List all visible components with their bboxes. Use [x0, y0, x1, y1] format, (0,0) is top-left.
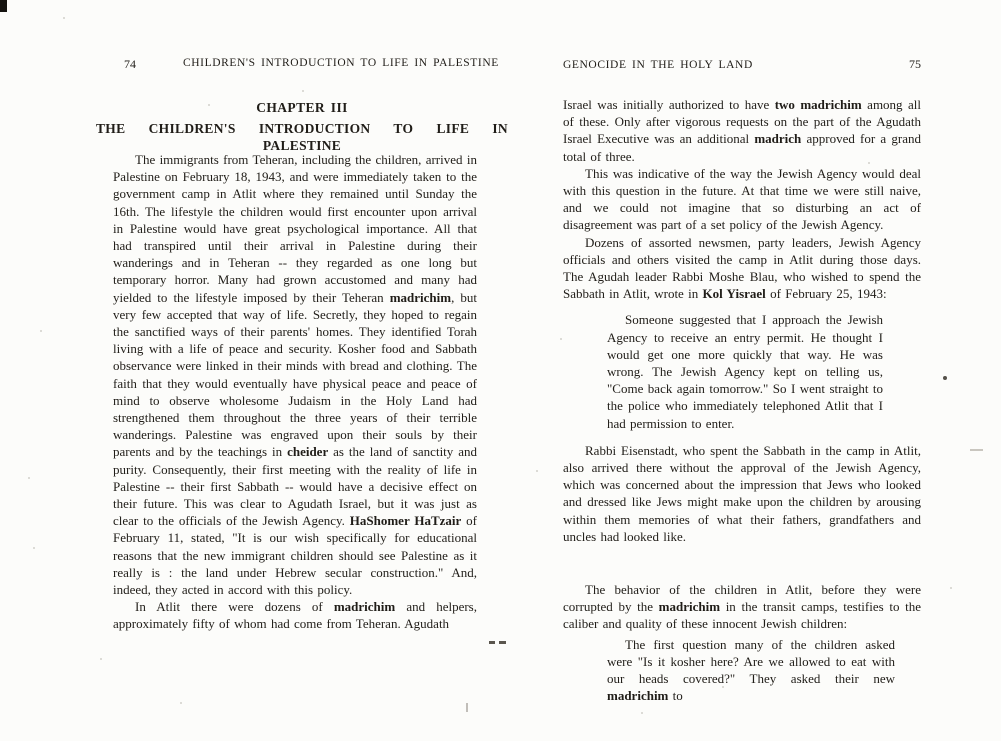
scan-speckle	[560, 338, 562, 340]
scan-speckle	[950, 587, 952, 589]
text-run: , but very few accepted that way of life…	[113, 290, 477, 460]
paragraph: The immigrants from Teheran, including t…	[113, 151, 477, 598]
scan-corner-mark	[0, 0, 7, 12]
book-scan-spread: 74 CHILDREN'S INTRODUCTION TO LIFE IN PA…	[0, 0, 1001, 741]
right-running-head: GENOCIDE IN THE HOLY LAND	[563, 59, 753, 71]
scan-stroke-artifact	[466, 703, 468, 712]
paragraph: Israel was initially authorized to have …	[563, 96, 921, 165]
chapter-label: CHAPTER III	[96, 99, 508, 116]
scan-speckle	[63, 17, 65, 19]
text-run: Rabbi Eisenstadt, who spent the Sabbath …	[563, 443, 921, 544]
paragraph: Dozens of assorted newsmen, party leader…	[563, 234, 921, 303]
left-page-number: 74	[124, 57, 136, 72]
text-run: of February 25, 1943:	[766, 286, 887, 301]
bold-term: madrichim	[334, 599, 395, 614]
left-page-body: The immigrants from Teheran, including t…	[113, 151, 477, 633]
margin-dot-artifact	[943, 376, 947, 380]
text-run: The first question many of the children …	[607, 637, 895, 686]
scan-speckle	[641, 712, 643, 714]
scan-speckle	[208, 104, 210, 106]
paragraph: The behavior of the children in Atlit, b…	[563, 581, 921, 633]
scan-speckle	[868, 162, 870, 164]
bold-term: madrichim	[659, 599, 720, 614]
scan-speckle	[28, 477, 30, 479]
scan-speckle	[33, 547, 35, 549]
scan-speckle	[180, 702, 182, 704]
text-run: Israel was initially authorized to have	[563, 97, 775, 112]
bold-term: HaShomer HaTzair	[350, 513, 462, 528]
chapter-heading: CHAPTER III THE CHILDREN'S INTRODUCTION …	[96, 99, 508, 154]
right-page-number: 75	[909, 57, 921, 72]
scan-speckle	[100, 658, 102, 660]
bold-term: two madrichim	[775, 97, 862, 112]
text-run: This was indicative of the way the Jewis…	[563, 166, 921, 233]
scan-speckle	[722, 686, 724, 688]
paragraph: Rabbi Eisenstadt, who spent the Sabbath …	[563, 442, 921, 545]
bold-term: madrichim	[607, 688, 668, 703]
bold-term: cheider	[287, 444, 328, 459]
text-run: The immigrants from Teheran, including t…	[113, 152, 477, 305]
bold-term: Kol Yisrael	[703, 286, 766, 301]
bold-term: madrich	[754, 131, 801, 146]
paragraph: Someone suggested that I approach the Je…	[607, 311, 883, 431]
scan-dash-artifact	[970, 449, 983, 451]
bold-term: madrichim	[390, 290, 451, 305]
text-run: to	[668, 688, 682, 703]
right-page-body: Israel was initially authorized to have …	[563, 96, 921, 705]
margin-dash-artifact	[489, 641, 506, 644]
paragraph: The first question many of the children …	[607, 636, 895, 705]
right-page-header: GENOCIDE IN THE HOLY LAND 75	[563, 57, 921, 72]
scan-speckle	[536, 470, 538, 472]
text-run: In Atlit there were dozens of	[135, 599, 334, 614]
chapter-title-line-1: THE CHILDREN'S INTRODUCTION TO LIFE IN	[96, 120, 508, 137]
scan-speckle	[40, 330, 42, 332]
scan-speckle	[302, 90, 304, 92]
paragraph: This was indicative of the way the Jewis…	[563, 165, 921, 234]
paragraph: In Atlit there were dozens of madrichim …	[113, 598, 477, 632]
text-run: Someone suggested that I approach the Je…	[607, 312, 883, 430]
left-running-head: CHILDREN'S INTRODUCTION TO LIFE IN PALES…	[183, 57, 499, 69]
